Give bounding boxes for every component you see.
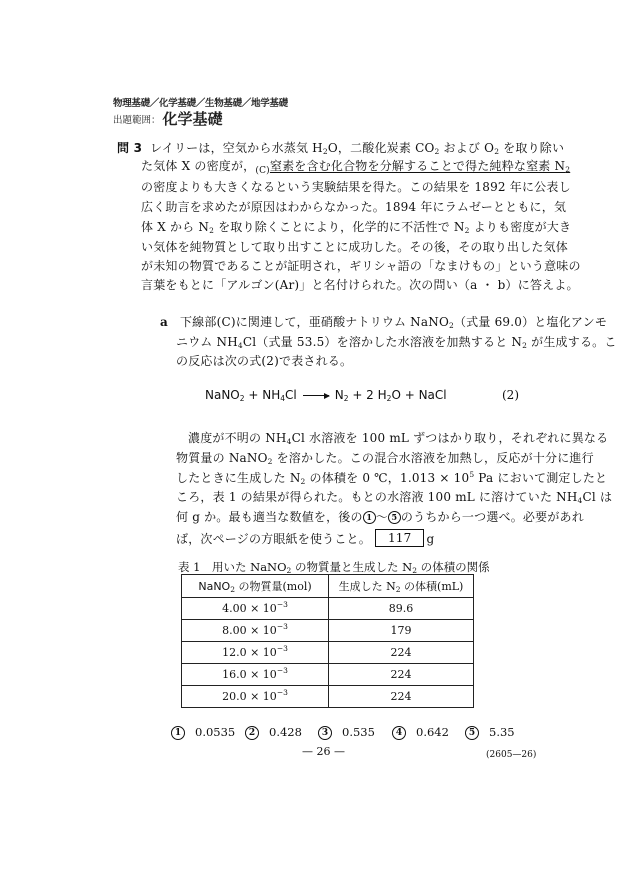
cell-volume: 179 — [329, 620, 474, 642]
choice-4[interactable]: 40.642 — [392, 725, 449, 741]
cell-mol: 8.00 × 10−3 — [182, 620, 329, 642]
part-a-body-line-3: したときに生成した N2 の体積を 0 ℃，1.013 × 105 Pa におい… — [176, 472, 607, 484]
question-number: 問 3 — [117, 141, 142, 155]
page-number: — 26 — — [302, 745, 345, 758]
circled-number-icon: 2 — [245, 726, 259, 740]
page-code: (2605—26) — [486, 750, 536, 760]
circled-number-icon: 1 — [171, 726, 185, 740]
circled-number-icon: 3 — [318, 726, 332, 740]
question-line-8: 言葉をもとに「アルゴン(Ar)」と名付けられた。次の問い（a ・ b）に答えよ。 — [141, 279, 579, 291]
cell-mol: 16.0 × 10−3 — [182, 664, 329, 686]
circled-number-5: 5 — [388, 511, 401, 524]
part-a-body-line-6: ば，次ページの方眼紙を使うこと。117g — [176, 530, 434, 548]
circled-number-icon: 4 — [392, 726, 406, 740]
underlined-text-c: 窒素を含む化合物を分解することで得た純粋な窒素 N2 — [270, 159, 570, 173]
table-caption: 表 1 用いた NaNO2 の物質量と生成した N2 の体積の関係 — [178, 559, 490, 575]
cell-volume: 224 — [329, 642, 474, 664]
table-row: 4.00 × 10−3 89.6 — [182, 598, 474, 620]
choice-1[interactable]: 10.0535 — [171, 725, 235, 741]
exam-scope: 出題範囲：化学基礎 — [113, 107, 223, 128]
choice-2[interactable]: 20.428 — [245, 725, 302, 741]
cell-mol: 12.0 × 10−3 — [182, 642, 329, 664]
part-a-body-line-1: 濃度が不明の NH4Cl 水溶液を 100 mL ずつはかり取り，それぞれに異な… — [188, 432, 608, 444]
part-a-line-3: の反応は次の式(2)で表される。 — [176, 355, 352, 367]
reaction-equation: NaNO2 + NH4ClN2 + 2 H2O + NaCl — [205, 388, 447, 402]
table-row: 16.0 × 10−3 224 — [182, 664, 474, 686]
circled-number-icon: 5 — [465, 726, 479, 740]
cell-volume: 224 — [329, 686, 474, 708]
results-table: NaNO2 の物質量(mol) 生成した N2 の体積(mL) 4.00 × 1… — [181, 574, 474, 708]
header-volume: 生成した N2 の体積(mL) — [329, 575, 474, 598]
part-a-line-1: a下線部(C)に関連して，亜硝酸ナトリウム NaNO2（式量 69.0）と塩化ア… — [160, 316, 607, 328]
cell-volume: 89.6 — [329, 598, 474, 620]
answer-box-117[interactable]: 117 — [375, 529, 425, 547]
question-line-6: い気体を純物質として取り出すことに成功した。その後，その取り出した気体 — [141, 241, 568, 253]
scope-value: 化学基礎 — [163, 110, 223, 128]
part-a-line-2: ニウム NH4Cl（式量 53.5）を溶かした水溶液を加熱すると N2 が生成す… — [176, 336, 617, 348]
question-line-7: が未知の物質であることが証明され，ギリシャ語の「なまけもの」という意味の — [141, 260, 581, 272]
underline-marker-c: (C) — [255, 166, 270, 176]
table-row: 12.0 × 10−3 224 — [182, 642, 474, 664]
circled-number-1: 1 — [363, 511, 376, 524]
part-a-body-line-4: ころ，表 1 の結果が得られた。もとの水溶液 100 mL に溶けていた NH4… — [176, 491, 612, 503]
equation-number: (2) — [502, 388, 519, 402]
part-a-body-line-5: 何 g か。最も適当な数値を，後の1～5のうちから一つ選べ。必要があれ — [176, 511, 584, 525]
choice-3[interactable]: 30.535 — [318, 725, 375, 741]
table-row: 20.0 × 10−3 224 — [182, 686, 474, 708]
choice-5[interactable]: 55.35 — [465, 725, 515, 741]
question-line-3: の密度よりも大きくなるという実験結果を得た。この結果を 1892 年に公表し — [141, 181, 571, 193]
part-a-body-line-2: 物質量の NaNO2 を溶かした。この混合水溶液を加熱し，反応が十分に進行 — [176, 452, 594, 464]
table-header-row: NaNO2 の物質量(mol) 生成した N2 の体積(mL) — [182, 575, 474, 598]
question-line-1: 問 3 レイリーは，空気から水蒸気 H2O，二酸化炭素 CO2 および O2 を… — [117, 142, 564, 154]
table-row: 8.00 × 10−3 179 — [182, 620, 474, 642]
cell-volume: 224 — [329, 664, 474, 686]
header-mol: NaNO2 の物質量(mol) — [182, 575, 329, 598]
part-a-label: a — [160, 315, 168, 329]
scope-label: 出題範囲： — [113, 115, 161, 126]
question-line-2: た気体 X の密度が，(C)窒素を含む化合物を分解することで得た純粋な窒素 N2 — [141, 160, 570, 173]
cell-mol: 4.00 × 10−3 — [182, 598, 329, 620]
cell-mol: 20.0 × 10−3 — [182, 686, 329, 708]
question-line-5: 体 X から N2 を取り除くことにより，化学的に不活性で N2 よりも密度が大… — [141, 221, 571, 233]
question-line-4: 広く助言を求めたが原因はわからなかった。1894 年にラムゼーとともに，気 — [141, 201, 566, 213]
reaction-arrow-icon — [303, 395, 329, 396]
